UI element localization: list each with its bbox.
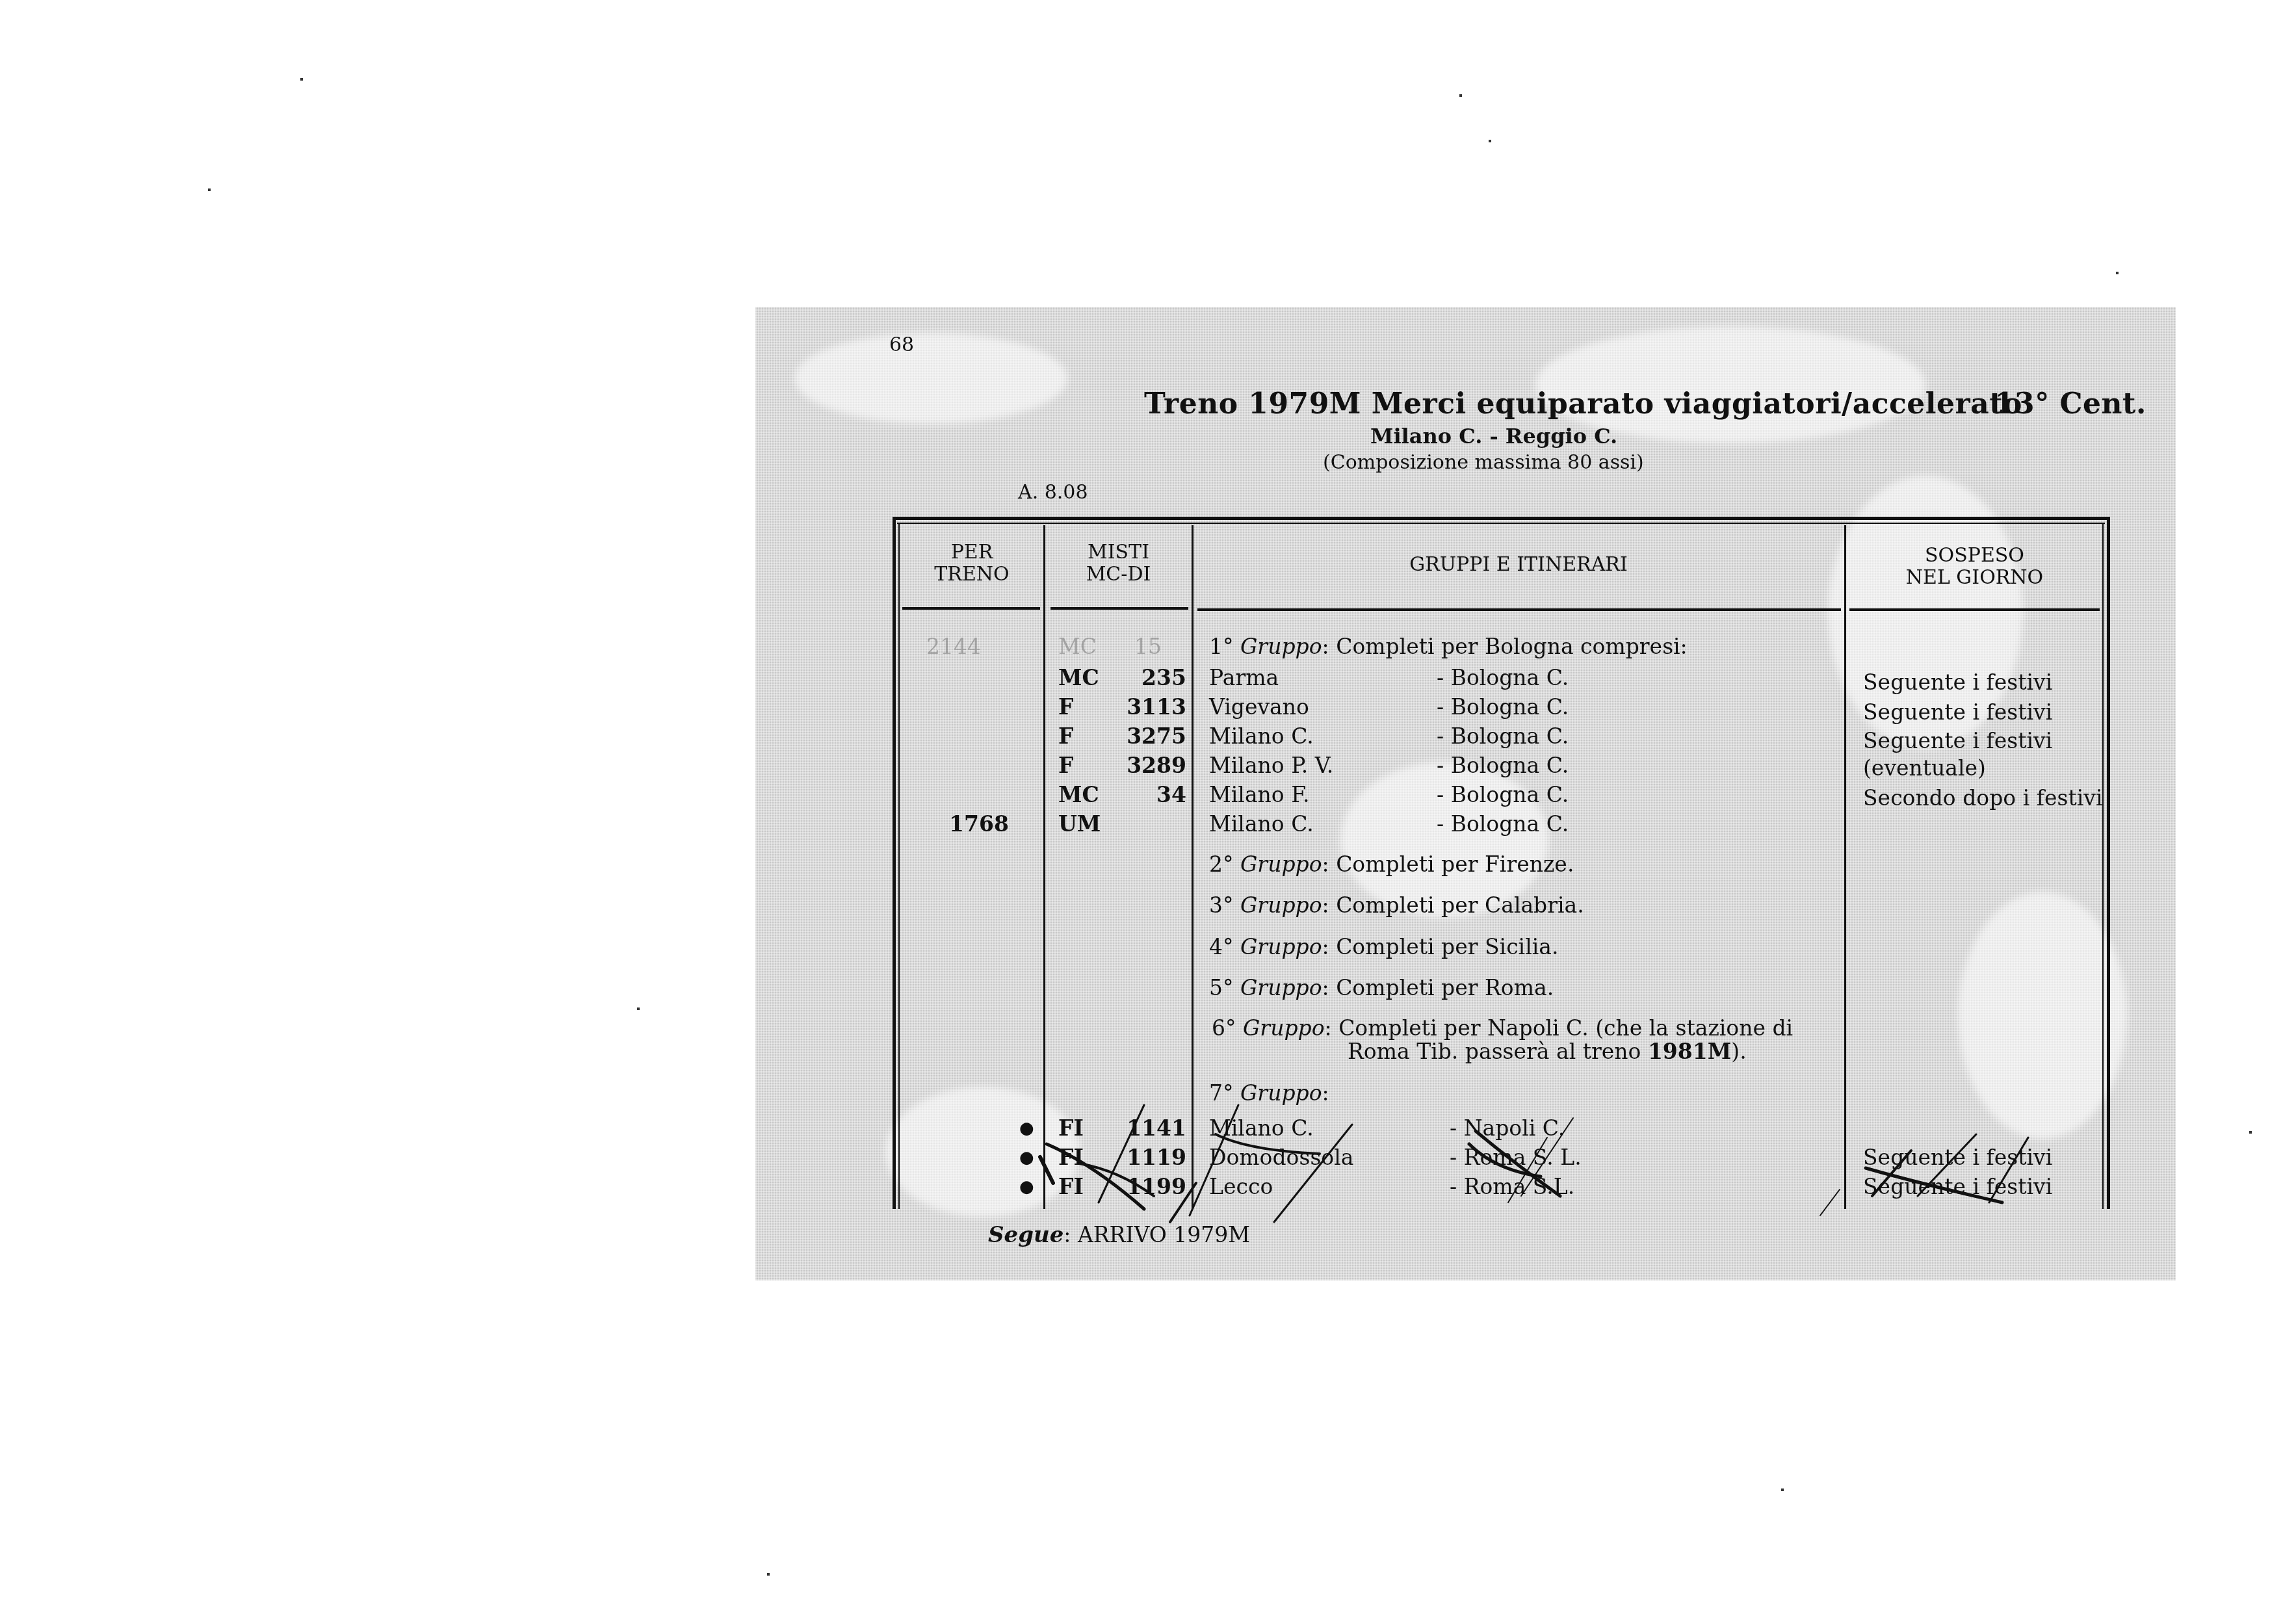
segue-text: : ARRIVO 1979M bbox=[1063, 1222, 1250, 1247]
route-label: Milano C. - Reggio C. bbox=[1370, 424, 1617, 448]
misti-type: FI bbox=[1058, 1115, 1084, 1141]
misti-number: 235 bbox=[1108, 665, 1186, 691]
suspended-day: (eventuale) bbox=[1863, 755, 1986, 781]
train-reference: 1981M bbox=[1648, 1039, 1731, 1064]
misti-number: 34 bbox=[1108, 782, 1186, 808]
origin: Vigevano bbox=[1209, 694, 1309, 720]
misti-type: UM bbox=[1058, 811, 1101, 837]
header-line: SOSPESO bbox=[1846, 545, 2103, 567]
group-ordinal: 1° bbox=[1209, 634, 1234, 659]
per-treno-number: 1768 bbox=[949, 811, 1009, 837]
destination: - Roma S. L. bbox=[1450, 1145, 1582, 1171]
table-top-inner-border bbox=[897, 523, 2105, 524]
misti-number: 1119 bbox=[1108, 1145, 1186, 1171]
misti-number: 1141 bbox=[1108, 1115, 1186, 1141]
header-bottom-rule bbox=[1849, 608, 2100, 611]
suspended-day: Seguente i festivi bbox=[1863, 699, 2052, 725]
group-label: Gruppo bbox=[1240, 892, 1322, 918]
group-text: Completi per Firenze. bbox=[1336, 851, 1574, 877]
group-label: Gruppo bbox=[1240, 1080, 1322, 1106]
column-divider bbox=[1043, 525, 1045, 1209]
origin: Domodossola bbox=[1209, 1145, 1353, 1171]
column-divider bbox=[1192, 525, 1194, 1209]
destination: - Bologna C. bbox=[1437, 723, 1569, 749]
group-2-heading: 2° Gruppo: Completi per Firenze. bbox=[1209, 851, 1574, 877]
page-number: 68 bbox=[889, 333, 914, 356]
scan-blotch bbox=[794, 333, 1067, 424]
header-line: NEL GIORNO bbox=[1846, 567, 2103, 589]
scan-speck bbox=[1489, 140, 1491, 142]
group-text: Completi per Bologna compresi: bbox=[1336, 634, 1688, 659]
origin: Milano C. bbox=[1209, 811, 1314, 837]
scan-speck bbox=[208, 188, 211, 191]
row-mark-icon: ● bbox=[1019, 1115, 1034, 1141]
table-left-border bbox=[893, 517, 896, 1209]
table-left-inner-border bbox=[898, 523, 900, 1209]
destination: - Bologna C. bbox=[1437, 694, 1569, 720]
misti-type: F bbox=[1058, 694, 1073, 720]
destination: - Napoli C. bbox=[1450, 1115, 1565, 1141]
column-header-misti: MISTI MC-DI bbox=[1045, 541, 1192, 586]
misti-type: MC bbox=[1058, 665, 1099, 691]
misti-number: 3275 bbox=[1108, 723, 1186, 749]
table-right-inner-border bbox=[2102, 523, 2104, 1209]
group-label: Gruppo bbox=[1240, 975, 1322, 1000]
destination: - Roma S.L. bbox=[1450, 1174, 1574, 1200]
scan-speck bbox=[2249, 1131, 2252, 1134]
faded-number: 15 bbox=[1134, 634, 1162, 660]
segue-label: Segue bbox=[988, 1222, 1063, 1248]
suspended-day: Seguente i festivi bbox=[1863, 728, 2052, 754]
group-label: Gruppo bbox=[1243, 1015, 1325, 1041]
header-line: MC-DI bbox=[1045, 564, 1192, 586]
scan-speck bbox=[1459, 94, 1462, 97]
origin: Milano C. bbox=[1209, 1115, 1314, 1141]
destination: - Bologna C. bbox=[1437, 753, 1569, 779]
column-divider bbox=[1844, 525, 1846, 1209]
region-label: 13° Cent. bbox=[1994, 387, 2146, 421]
row-mark-icon: ● bbox=[1019, 1174, 1034, 1200]
group-label: Gruppo bbox=[1240, 851, 1322, 877]
destination: - Bologna C. bbox=[1437, 782, 1569, 808]
suspended-day: Secondo dopo i festivi bbox=[1863, 785, 2102, 811]
composition-note: (Composizione massima 80 assi) bbox=[1323, 451, 1644, 474]
colon: : bbox=[1322, 634, 1329, 659]
group-4-heading: 4° Gruppo: Completi per Sicilia. bbox=[1209, 934, 1558, 960]
scan-speck bbox=[767, 1573, 770, 1576]
misti-type: F bbox=[1058, 723, 1073, 749]
group-ordinal: 5° bbox=[1209, 975, 1234, 1000]
misti-number: 3113 bbox=[1108, 694, 1186, 720]
header-bottom-rule bbox=[902, 607, 1040, 610]
scan-speck bbox=[2116, 272, 2119, 274]
page-title: Treno 1979M Merci equiparato viaggiatori… bbox=[1144, 387, 2022, 421]
origin: Milano P. V. bbox=[1209, 753, 1333, 779]
group-label: Gruppo bbox=[1240, 634, 1322, 659]
group-text: Roma Tib. passerà al treno bbox=[1348, 1039, 1641, 1064]
table-top-border bbox=[893, 517, 2109, 520]
faded-type: MC bbox=[1058, 634, 1097, 660]
group-ordinal: 7° bbox=[1209, 1080, 1234, 1106]
destination: - Bologna C. bbox=[1437, 811, 1569, 837]
group-text: Completi per Sicilia. bbox=[1336, 934, 1558, 959]
scan-blotch bbox=[885, 1087, 1080, 1217]
header-bottom-rule bbox=[1050, 607, 1188, 610]
misti-type: FI bbox=[1058, 1145, 1084, 1171]
origin: Lecco bbox=[1209, 1174, 1273, 1200]
misti-type: MC bbox=[1058, 782, 1099, 808]
scan-speck bbox=[300, 78, 303, 81]
scan-speck bbox=[1781, 1488, 1784, 1491]
header-line: PER bbox=[900, 541, 1044, 564]
departure-time: A. 8.08 bbox=[1018, 481, 1088, 504]
column-header-sospeso: SOSPESO NEL GIORNO bbox=[1846, 545, 2103, 589]
misti-number: 3289 bbox=[1108, 753, 1186, 779]
group-text: Completi per Napoli C. (che la stazione … bbox=[1338, 1015, 1793, 1041]
segue-note: Segue: ARRIVO 1979M bbox=[988, 1222, 1250, 1248]
group-7-heading: 7° Gruppo: bbox=[1209, 1080, 1329, 1106]
column-header-per-treno: PER TRENO bbox=[900, 541, 1044, 586]
group-text: ). bbox=[1731, 1039, 1746, 1064]
group-1-heading: 1° Gruppo: Completi per Bologna compresi… bbox=[1209, 634, 1688, 660]
destination: - Bologna C. bbox=[1437, 665, 1569, 691]
scan-blotch bbox=[1958, 892, 2127, 1139]
group-ordinal: 3° bbox=[1209, 892, 1234, 918]
misti-number: 1199 bbox=[1108, 1174, 1186, 1200]
group-6-continuation: Roma Tib. passerà al treno 1981M). bbox=[1348, 1039, 1747, 1065]
group-text: Completi per Roma. bbox=[1336, 975, 1554, 1000]
header-line: TRENO bbox=[900, 564, 1044, 586]
group-ordinal: 6° bbox=[1212, 1015, 1236, 1041]
row-mark-icon: ● bbox=[1019, 1145, 1034, 1171]
table-right-border bbox=[2107, 517, 2110, 1209]
origin: Milano C. bbox=[1209, 723, 1314, 749]
faded-train-number: 2144 bbox=[926, 634, 981, 660]
misti-type: FI bbox=[1058, 1174, 1084, 1200]
misti-type: F bbox=[1058, 753, 1073, 779]
suspended-day: Seguente i festivi bbox=[1863, 669, 2052, 695]
origin: Milano F. bbox=[1209, 782, 1309, 808]
origin: Parma bbox=[1209, 665, 1279, 691]
suspended-day: Seguente i festivi bbox=[1863, 1145, 2052, 1171]
header-line: MISTI bbox=[1045, 541, 1192, 564]
scan-speck bbox=[637, 1007, 640, 1010]
group-text: Completi per Calabria. bbox=[1336, 892, 1584, 918]
group-ordinal: 2° bbox=[1209, 851, 1234, 877]
group-ordinal: 4° bbox=[1209, 934, 1234, 959]
group-5-heading: 5° Gruppo: Completi per Roma. bbox=[1209, 975, 1554, 1001]
suspended-day: Seguente i festivi bbox=[1863, 1174, 2052, 1200]
column-header-gruppi: GRUPPI E ITINERARI bbox=[1194, 554, 1844, 576]
header-bottom-rule bbox=[1197, 608, 1841, 611]
group-3-heading: 3° Gruppo: Completi per Calabria. bbox=[1209, 892, 1584, 918]
group-6-heading: 6° Gruppo: Completi per Napoli C. (che l… bbox=[1212, 1015, 1793, 1041]
group-label: Gruppo bbox=[1240, 934, 1322, 959]
